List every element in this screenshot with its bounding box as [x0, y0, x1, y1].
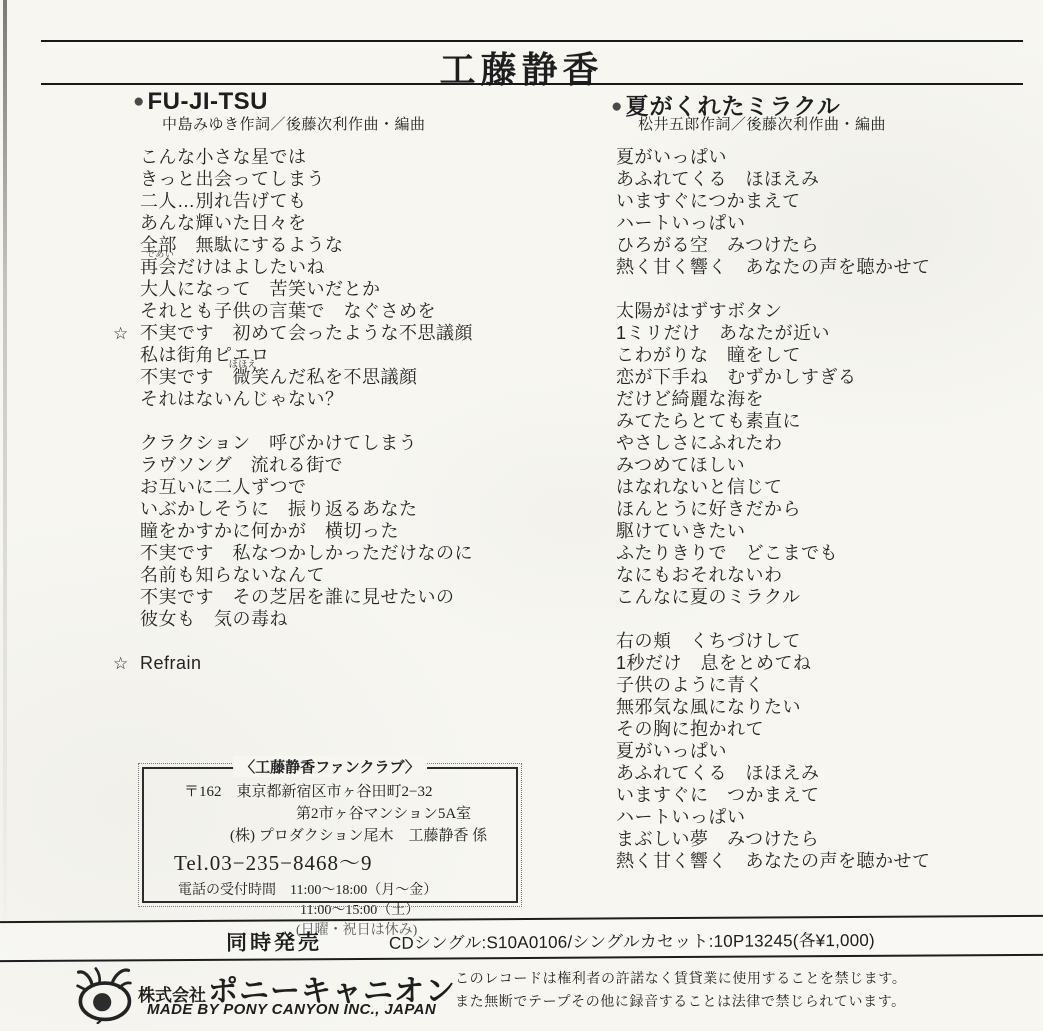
lyric-text: きっと出会ってしまう	[140, 169, 325, 189]
lyric-text: その胸に抱かれて	[616, 719, 764, 739]
lyric-text: はなれないと信じて	[616, 477, 783, 497]
lyric-line: 不実です 私なつかしかっただけなのに	[113, 542, 577, 564]
scan-edge-artifact	[3, 0, 7, 948]
lyric-text: だけど綺麗な海を	[616, 389, 764, 409]
lyric-line	[589, 608, 1039, 630]
lyric-line: こわがりな 瞳をして	[589, 344, 1039, 366]
song-credits-natsu-miracle: 松井五郎作詞／後藤次利作曲・編曲	[638, 113, 886, 134]
lyric-text: 1秒だけ 息をとめてね	[616, 653, 812, 673]
lyric-line: 駆けていきたい	[589, 520, 1039, 542]
legal-line-2: また無断でテープその他に録音することは法律で禁じられています。	[455, 990, 906, 1013]
lyric-line	[113, 630, 577, 652]
lyric-line: 1ミリだけ あなたが近い	[589, 322, 1039, 344]
lyric-text: いますぐにつかまえて	[616, 191, 801, 211]
lyric-text: まぶしい夢 みつけたら	[616, 829, 819, 849]
lyric-line: 再会だけはよしたいね	[113, 256, 577, 278]
song-title-fujitsu: FU-JI-TSU	[147, 88, 268, 115]
lyrics-list-natsu-miracle: 夏がいっぱい あふれてくる ほほえみ いますぐにつかまえて ハートいっぱい ひろ…	[589, 146, 1039, 872]
lyric-text: 1ミリだけ あなたが近い	[616, 323, 830, 343]
lyric-text: お互いに二人ずつで	[140, 477, 307, 497]
bullet-icon: ●	[133, 91, 144, 112]
lyric-text: それはないんじゃない？	[140, 389, 344, 409]
lyric-line: 大人になって 苦笑いだとか	[113, 278, 577, 300]
lyric-line: その胸に抱かれて	[589, 718, 1039, 740]
lyric-text: みてたらとても素直に	[616, 411, 801, 431]
lyric-line: 名前も知らないなんて	[113, 564, 577, 586]
lyric-line: みつめてほしい	[589, 454, 1039, 476]
lyrics-column-fujitsu: こんな小さな星では きっと出会ってしまう 二人…別れ告げても あんな輝いた日々を…	[113, 146, 577, 674]
release-label: 同時発売	[226, 926, 322, 957]
lyric-line: 恋が下手ね むずかしすぎる	[589, 366, 1039, 388]
lyric-text: こんな小さな星では	[140, 147, 307, 167]
lyric-text: 無邪気な風になりたい	[616, 697, 801, 717]
lyric-line: 子供のように青く	[589, 674, 1039, 696]
lyric-line: はなれないと信じて	[589, 476, 1039, 498]
lyric-text: 不実です その芝居を誰に見せたいの	[140, 587, 455, 607]
lyric-line: ひろがる空 みつけたら	[589, 234, 1039, 256]
lyric-line: なにもおそれないわ	[589, 564, 1039, 586]
lyrics-list-fujitsu: こんな小さな星では きっと出会ってしまう 二人…別れ告げても あんな輝いた日々を…	[113, 146, 577, 674]
lyric-text: 恋が下手ね むずかしすぎる	[616, 367, 857, 387]
lyric-text: 再会だけはよしたいね	[140, 257, 325, 277]
lyric-text: クラクション 呼びかけてしまう	[140, 433, 417, 453]
lyric-line: それはないんじゃない？	[113, 388, 577, 410]
fanclub-hours-saturday: 11:00〜15:00（土）	[300, 899, 516, 919]
lyric-text: ラヴソング 流れる街で	[140, 455, 343, 475]
lyric-text: ハートいっぱい	[616, 213, 746, 233]
fanclub-telephone: Tel.03−235−8468〜9	[174, 847, 516, 877]
lyric-line: 熱く甘く響く あなたの声を聴かせて	[589, 850, 1039, 872]
pony-canyon-eye-logo-icon	[72, 964, 136, 1029]
lyric-line: 夏がいっぱい	[589, 740, 1039, 762]
lyric-line: 右の頬 くちづけして	[589, 630, 1039, 652]
legal-notice: このレコードは権利者の許諾なく賃貸業に使用することを禁じます。 また無断でテープ…	[455, 967, 906, 1013]
lyric-text: 駆けていきたい	[616, 521, 746, 541]
lyric-text: こわがりな 瞳をして	[616, 345, 801, 365]
lyrics-column-natsu-miracle: 夏がいっぱい あふれてくる ほほえみ いますぐにつかまえて ハートいっぱい ひろ…	[589, 146, 1039, 872]
furigana-hohoe: ほほえ	[224, 357, 262, 370]
lyric-line: 瞳をかすかに何かが 横切った	[113, 520, 577, 542]
fanclub-company: (株) プロダクション尾木 工藤静香 係	[230, 824, 516, 845]
refrain-star-marker: ☆	[113, 323, 140, 345]
lyric-text: あふれてくる ほほえみ	[616, 763, 820, 783]
lyric-line: 熱く甘く響く あなたの声を聴かせて	[589, 256, 1039, 278]
page-title: 工藤静香	[0, 42, 1043, 93]
lyric-line: だけど綺麗な海を	[589, 388, 1039, 410]
fanclub-header: 〈工藤静香ファンクラブ〉	[233, 756, 427, 777]
fanclub-info-box: 〈工藤静香ファンクラブ〉 〒162 東京都新宿区市ヶ谷田町2−32 第2市ヶ谷マ…	[142, 767, 518, 903]
lyric-line: 不実です 微笑んだ私を不思議顔	[113, 366, 577, 388]
lyric-text: 右の頬 くちづけして	[616, 631, 801, 651]
song-credits-fujitsu: 中島みゆき作詞／後藤次利作曲・編曲	[162, 113, 426, 134]
song-header-fujitsu: ●FU-JI-TSU	[133, 88, 268, 116]
lyric-text: 夏がいっぱい	[616, 147, 727, 167]
lyric-line: みてたらとても素直に	[589, 410, 1039, 432]
lyric-text: こんなに夏のミラクル	[616, 587, 800, 607]
made-by-line: MADE BY PONY CANYON INC., JAPAN	[147, 1001, 436, 1018]
lyric-text: あんな輝いた日々を	[140, 213, 307, 233]
fanclub-postal-address: 〒162 東京都新宿区市ヶ谷田町2−32	[184, 780, 516, 801]
lyric-line: こんなに夏のミラクル	[589, 586, 1039, 608]
lyric-line: 1秒だけ 息をとめてね	[589, 652, 1039, 674]
lyric-text: 瞳をかすかに何かが 横切った	[140, 521, 399, 541]
fanclub-address-line2: 第2市ヶ谷マンション5A室	[296, 802, 516, 823]
lyric-text: みつめてほしい	[616, 455, 745, 475]
lyric-line: クラクション 呼びかけてしまう	[113, 432, 577, 454]
lyric-text: やさしさにふれたわ	[616, 433, 783, 453]
lyric-line: ふたりきりで どこまでも	[589, 542, 1039, 564]
lyric-line: ☆不実です 初めて会ったような不思議顔	[113, 322, 577, 344]
lyric-line: やさしさにふれたわ	[589, 432, 1039, 454]
lyric-line: 全部 無駄にするような	[113, 234, 577, 256]
furigana-deai: であい	[141, 247, 179, 260]
lyric-text: 夏がいっぱい	[616, 741, 727, 761]
bullet-icon: ●	[611, 96, 622, 117]
lyric-line: あふれてくる ほほえみ	[589, 168, 1039, 190]
lyric-line: ☆Refrain	[113, 652, 577, 674]
lyric-text: 不実です 初めて会ったような不思議顔	[140, 323, 473, 343]
release-catalog-info: CDシングル:S10A0106/シングルカセット:10P13245(各¥1,00…	[389, 926, 875, 954]
lyric-line: いぶかしそうに 振り返るあなた	[113, 498, 577, 520]
lyric-text: いぶかしそうに 振り返るあなた	[140, 499, 418, 519]
lyric-text: 名前も知らないなんて	[140, 565, 325, 585]
simultaneous-release-band: 同時発売 CDシングル:S10A0106/シングルカセット:10P13245(各…	[0, 915, 1043, 962]
lyric-line: ハートいっぱい	[589, 212, 1039, 234]
lyric-text: 子供のように青く	[616, 675, 764, 695]
lyric-sheet-page: 工藤静香 ●FU-JI-TSU 中島みゆき作詞／後藤次利作曲・編曲 ●夏がくれた…	[0, 0, 1043, 1031]
lyric-line: あふれてくる ほほえみ	[589, 762, 1039, 784]
lyric-line: お互いに二人ずつで	[113, 476, 577, 498]
lyric-line: 無邪気な風になりたい	[589, 696, 1039, 718]
lyric-line	[589, 278, 1039, 300]
lyric-line: いますぐにつかまえて	[589, 190, 1039, 212]
lyric-line: 彼女も 気の毒ね	[113, 608, 577, 630]
lyric-text: ほんとうに好きだから	[616, 499, 801, 519]
lyric-line: こんな小さな星では	[113, 146, 577, 168]
lyric-line: きっと出会ってしまう	[113, 168, 577, 190]
lyric-line: あんな輝いた日々を	[113, 212, 577, 234]
lyric-text: 熱く甘く響く あなたの声を聴かせて	[616, 851, 931, 871]
lyric-line: 太陽がはずすボタン	[589, 300, 1039, 322]
lyric-text: 太陽がはずすボタン	[616, 301, 783, 321]
lyric-text: 大人になって 苦笑いだとか	[140, 279, 381, 299]
legal-line-1: このレコードは権利者の許諾なく賃貸業に使用することを禁じます。	[455, 967, 906, 990]
lyric-line: 私は街角ピエロ	[113, 344, 577, 366]
lyric-text: それとも子供の言葉で なぐさめを	[140, 301, 436, 321]
lyric-line: 不実です その芝居を誰に見せたいの	[113, 586, 577, 608]
lyric-text: 不実です 私なつかしかっただけなのに	[140, 543, 473, 563]
lyric-text: 不実です 微笑んだ私を不思議顔	[140, 367, 418, 387]
lyric-line: ハートいっぱい	[589, 806, 1039, 828]
lyric-line: まぶしい夢 みつけたら	[589, 828, 1039, 850]
lyric-text: 熱く甘く響く あなたの声を聴かせて	[616, 257, 931, 277]
lyric-line: いますぐに つかまえて	[589, 784, 1039, 806]
lyric-line: 夏がいっぱい	[589, 146, 1039, 168]
lyric-line: ラヴソング 流れる街で	[113, 454, 577, 476]
lyric-line: それとも子供の言葉で なぐさめを	[113, 300, 577, 322]
lyric-line: 二人…別れ告げても	[113, 190, 577, 212]
lyric-line	[113, 410, 577, 432]
header-rule-bottom	[41, 83, 1023, 85]
fanclub-hours-weekday: 電話の受付時間 11:00〜18:00（月〜金）	[178, 879, 516, 899]
lyric-text: 二人…別れ告げても	[140, 191, 307, 211]
lyric-text: いますぐに つかまえて	[616, 785, 820, 805]
lyric-text: ひろがる空 みつけたら	[616, 235, 819, 255]
lyric-text: ハートいっぱい	[616, 807, 746, 827]
lyric-text: ふたりきりで どこまでも	[616, 543, 838, 563]
refrain-star-marker: ☆	[113, 653, 140, 675]
lyric-text: Refrain	[140, 653, 202, 673]
lyric-line: ほんとうに好きだから	[589, 498, 1039, 520]
lyric-text: 彼女も 気の毒ね	[140, 609, 288, 629]
lyric-text: なにもおそれないわ	[616, 565, 783, 585]
lyric-text: あふれてくる ほほえみ	[616, 169, 820, 189]
